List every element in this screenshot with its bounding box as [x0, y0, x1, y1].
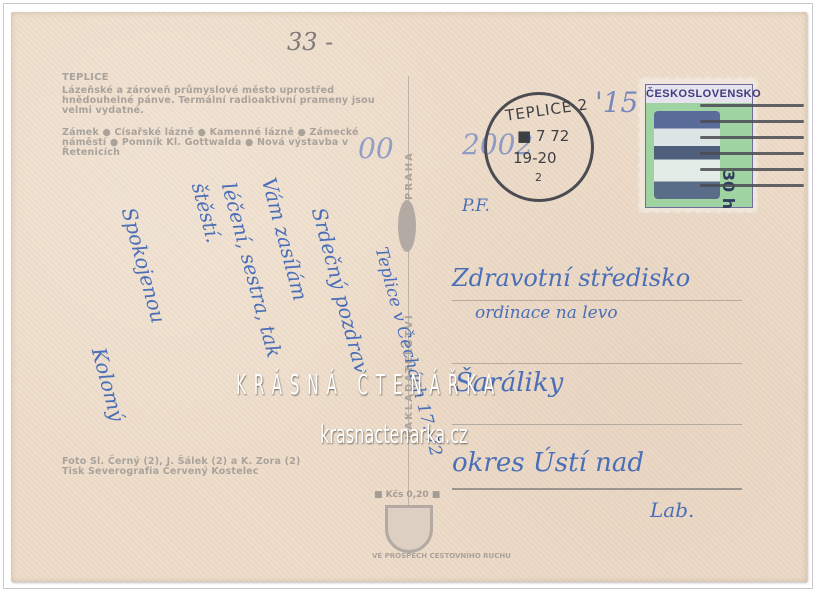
address-line-4: [452, 488, 742, 490]
postmark-sub: 2: [535, 171, 542, 184]
postmark-time: 19-20: [513, 149, 557, 167]
price-mark: ■ Kčs 0,20 ■: [374, 490, 440, 500]
cancellation-lines: [700, 104, 804, 204]
address-district: okres Ústí nad: [452, 448, 644, 478]
address-recipient: Zdravotní středisko: [452, 264, 690, 292]
watermark-title: KRÁSNÁ ČTENÁŘKA: [236, 368, 502, 401]
credits-print: Tisk Severografia Červený Kostelec: [62, 467, 362, 477]
printed-description: Lázeňské a zároveň průmyslové město upro…: [62, 86, 382, 116]
address-district-end: Lab.: [650, 498, 694, 522]
address-detail: ordinace na levo: [475, 303, 618, 323]
postmark: TEPLICE 2 ■ 7 72 19-20 2: [484, 92, 594, 202]
blue-date-stamp: '15: [595, 86, 638, 119]
address-line-1: [452, 300, 742, 301]
postmark-city: TEPLICE 2: [504, 95, 589, 124]
printed-credits: Foto Sl. Černý (2), J. Šálek (2) a K. Zo…: [62, 457, 362, 477]
postmark-date: ■ 7 72: [517, 127, 569, 145]
address-line-3: [452, 424, 742, 425]
printed-title: TEPLICE: [62, 72, 109, 83]
pressfoto-logo-icon: [398, 200, 416, 252]
address-line-2: [452, 363, 742, 364]
printed-sights: Zámek ● Císařské lázně ● Kamenné lázně ●…: [62, 128, 382, 158]
tourism-emblem-icon: [385, 505, 433, 553]
publisher-city: PRAHA: [404, 151, 415, 200]
handwritten-pf: P.F.: [462, 196, 490, 216]
stamp-country: ČESKOSLOVENSKO: [646, 85, 752, 103]
emblem-text: VE PROSPĚCH CESTOVNÍHO RUCHU: [372, 552, 511, 560]
archive-number: 33 -: [287, 28, 333, 56]
blue-code-stamp-left: 00: [358, 132, 394, 165]
watermark-url: krasnactenarka.cz: [320, 420, 468, 450]
